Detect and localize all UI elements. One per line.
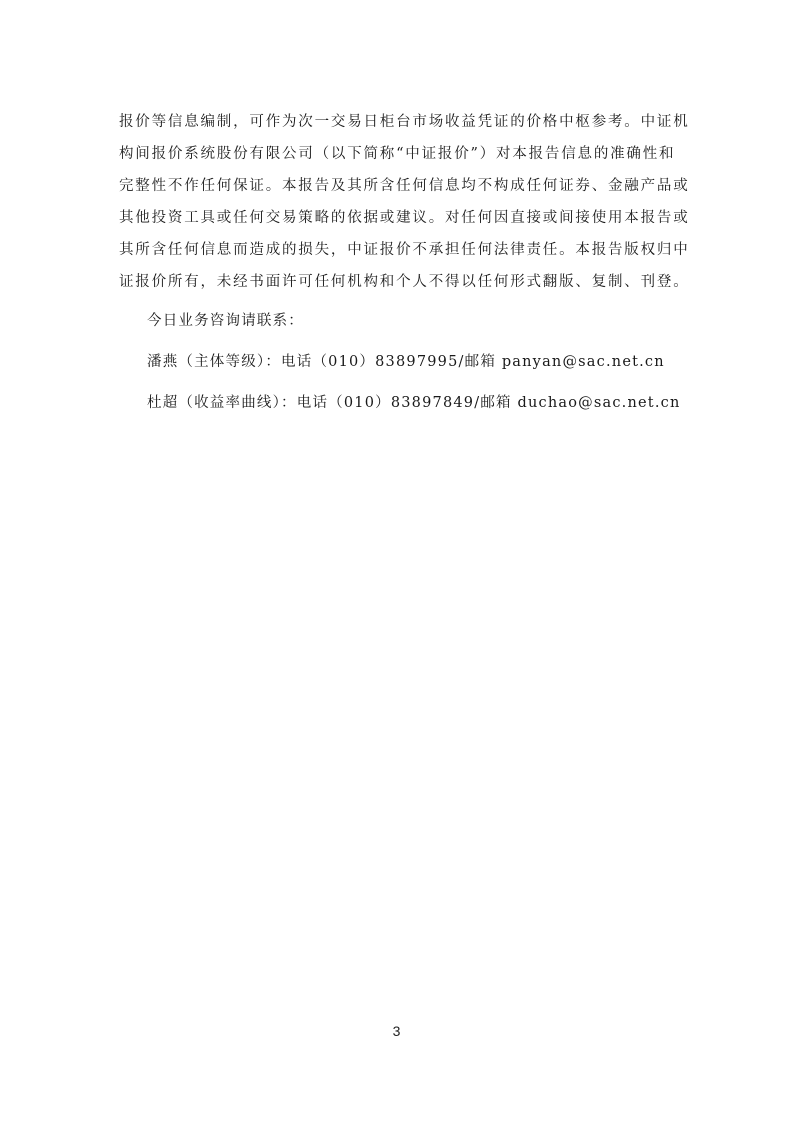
contact-panyan: 潘燕（主体等级）：电话（010）83897995/邮箱 panyan@sac.n… [147,350,665,371]
contact-intro: 今日业务咨询请联系： [147,309,304,330]
disclaimer-line: 构间报价系统股份有限公司（以下简称“中证报价”）对本报告信息的准确性和 [119,138,679,170]
disclaimer-line: 证报价所有，未经书面许可任何机构和个人不得以任何形式翻版、复制、刊登。 [119,266,679,298]
page-number: 3 [0,1023,793,1039]
disclaimer-line: 完整性不作任何保证。本报告及其所含任何信息均不构成任何证券、金融产品或 [119,170,679,202]
disclaimer-line: 其他投资工具或任何交易策略的依据或建议。对任何因直接或间接使用本报告或 [119,202,679,234]
disclaimer-line: 报价等信息编制，可作为次一交易日柜台市场收益凭证的价格中枢参考。中证机 [119,106,679,138]
contact-duchao: 杜超（收益率曲线）：电话（010）83897849/邮箱 duchao@sac.… [147,391,681,412]
disclaimer-paragraph: 报价等信息编制，可作为次一交易日柜台市场收益凭证的价格中枢参考。中证机 构间报价… [119,106,679,298]
disclaimer-line: 其所含任何信息而造成的损失，中证报价不承担任何法律责任。本报告版权归中 [119,234,679,266]
document-page: 报价等信息编制，可作为次一交易日柜台市场收益凭证的价格中枢参考。中证机 构间报价… [0,0,793,1122]
